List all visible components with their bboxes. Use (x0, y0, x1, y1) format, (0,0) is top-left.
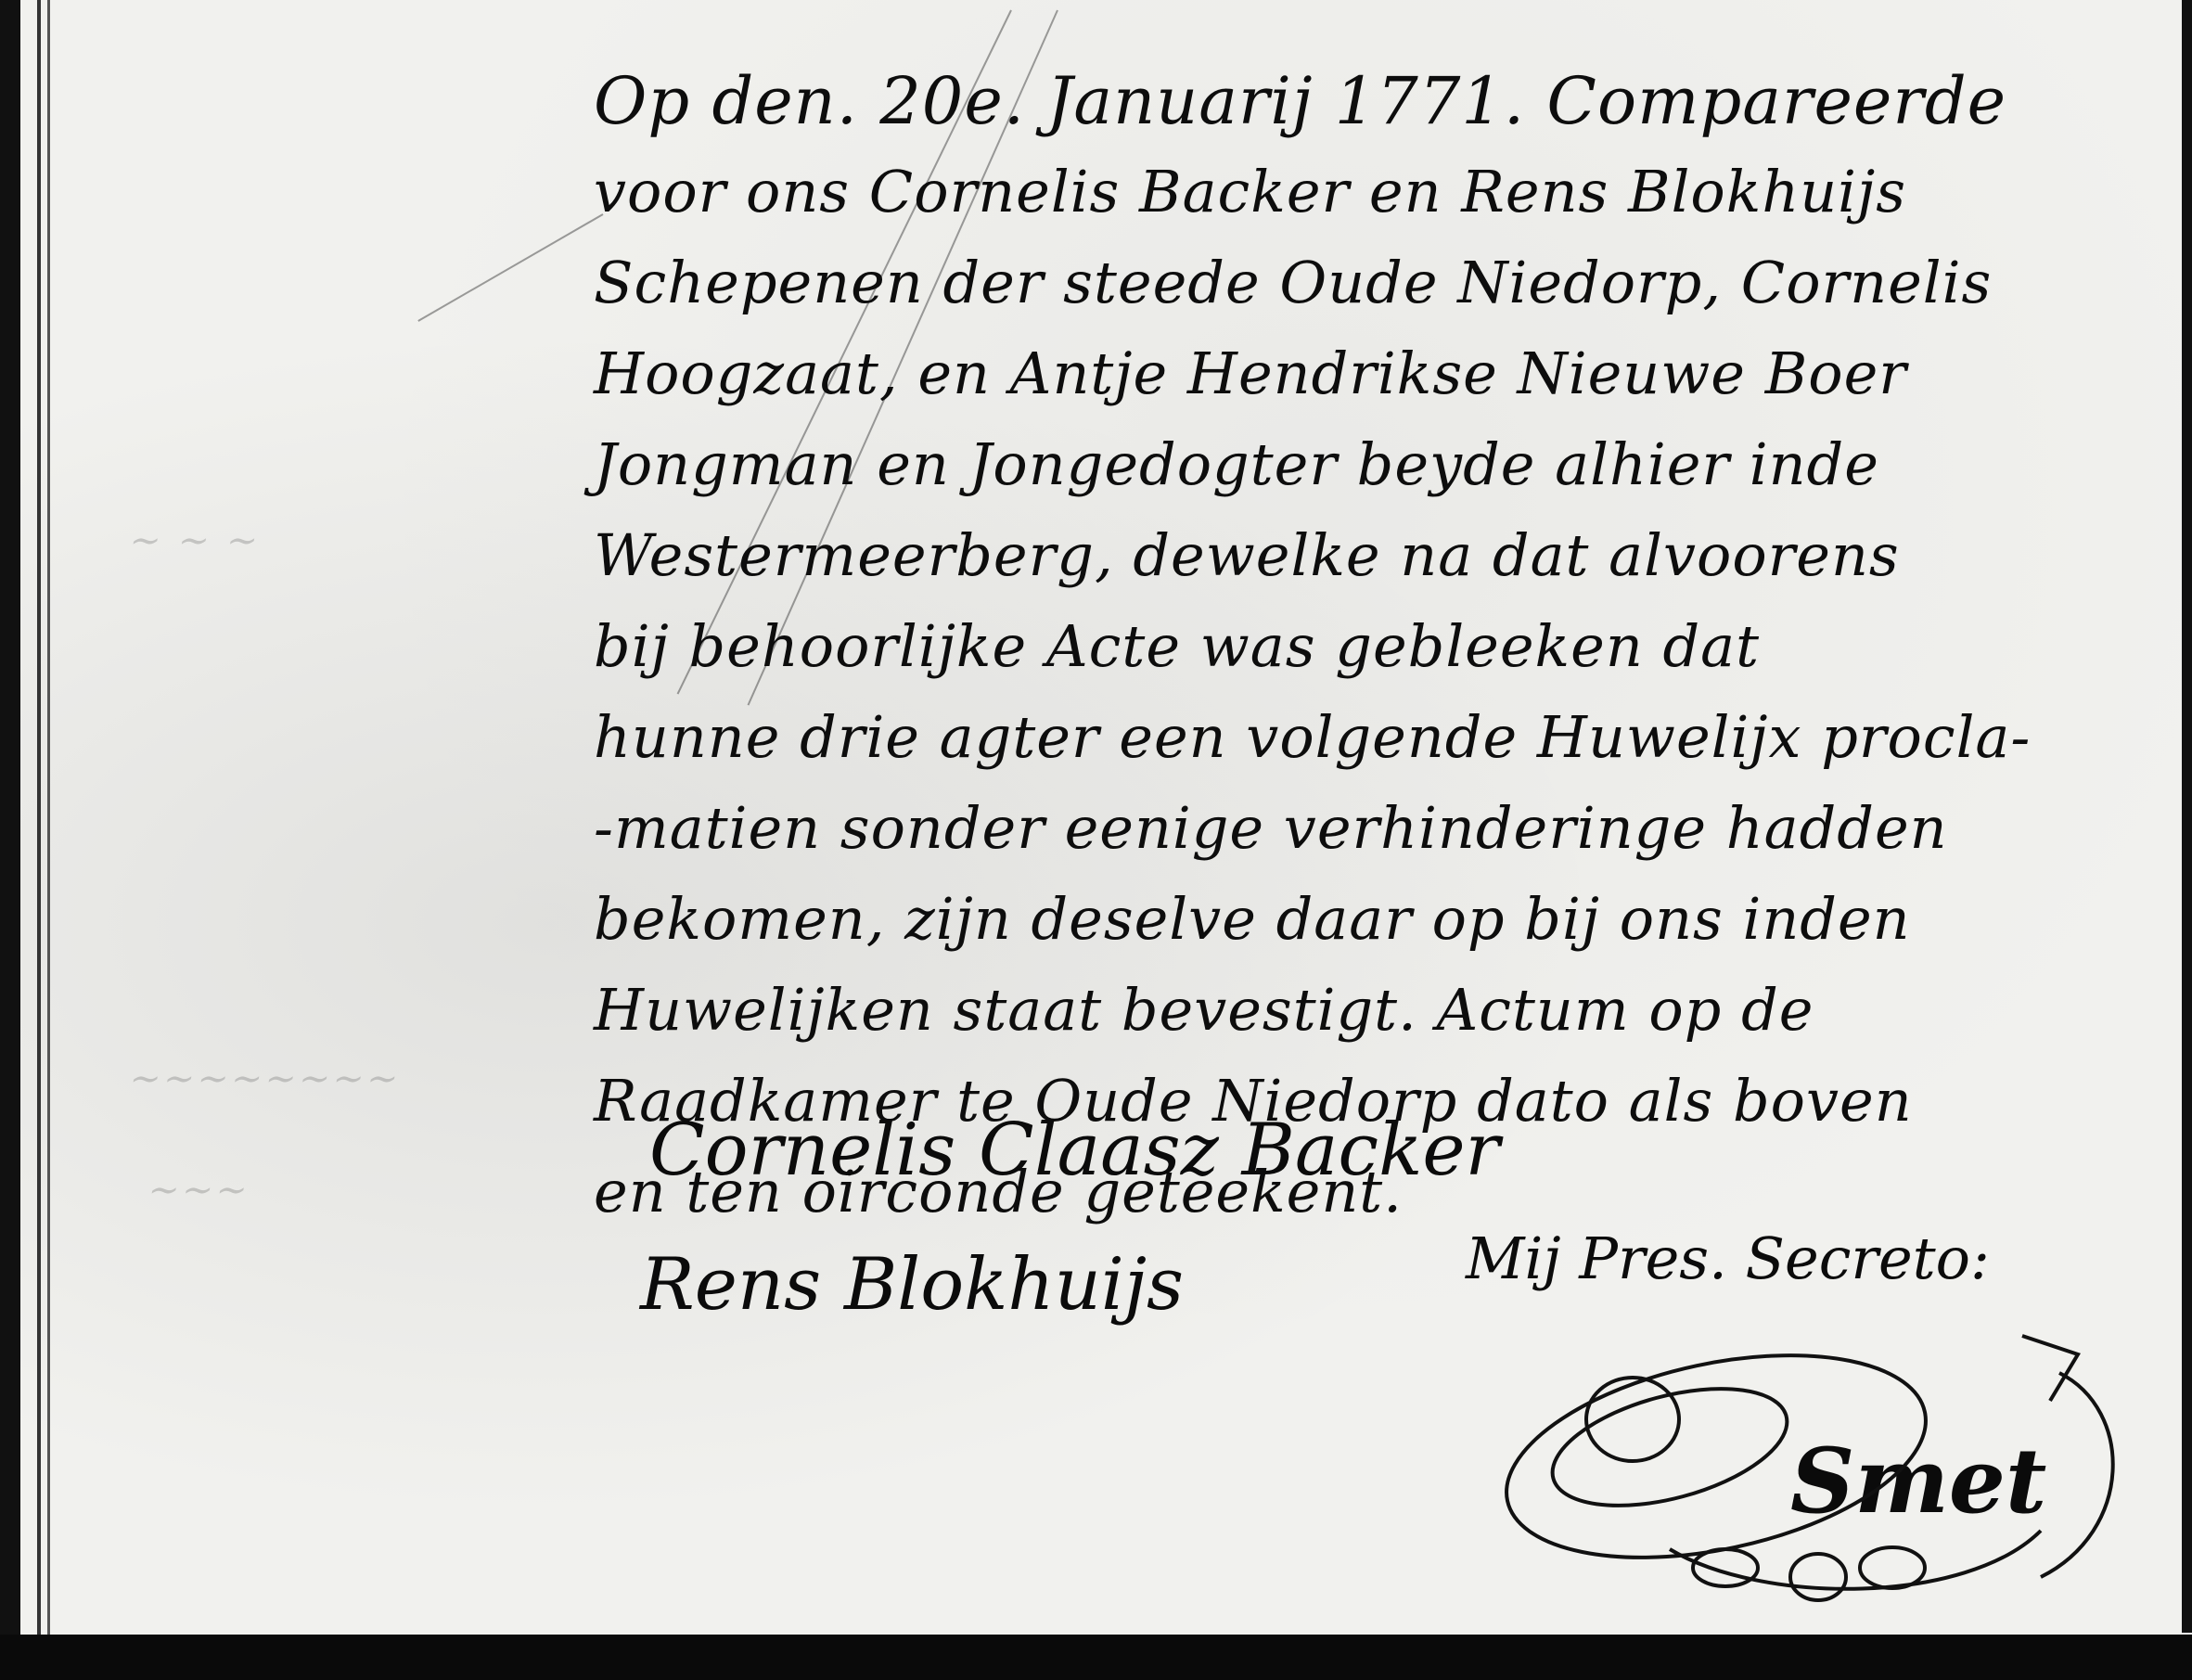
record-line: hunne drie agter een volgende Huwelijx p… (594, 692, 2161, 783)
record-body: Op den. 20e. Januarij 1771. Compareerde … (594, 56, 2161, 1238)
record-line: -matien sonder eenige verhinderinge hadd… (594, 783, 2161, 874)
record-line: Hoogzaat, en Antje Hendrikse Nieuwe Boer (594, 328, 2161, 419)
attestation-text: Mij Pres. Secreto: (1466, 1225, 1990, 1292)
record-line: Jongman en Jongedogter beyde alhier inde (594, 419, 2161, 510)
signature-blokhuijs: Rens Blokhuijs (640, 1243, 1184, 1327)
record-line: Op den. 20e. Januarij 1771. Compareerde (594, 56, 2161, 147)
bleed-through-text: ~~~~~~~~ (126, 1058, 523, 1100)
record-line: voor ons Cornelis Backer en Rens Blokhui… (594, 147, 2161, 237)
record-line: Schepenen der steede Oude Niedorp, Corne… (594, 237, 2161, 328)
scanned-document-page: ~ ~ ~ ~~~~~~~~ ~~~ Op den. 20e. Januarij… (0, 0, 2192, 1680)
signature-backer: Cornelis Claasz Backer (649, 1109, 1500, 1192)
record-line: Huwelijken staat bevestigt. Actum op de (594, 965, 2161, 1056)
page-binding-edge (0, 0, 20, 1680)
bleed-through-text: ~~~ (145, 1169, 254, 1212)
page-binding-line (37, 0, 50, 1680)
bleed-through-text: ~ ~ ~ (126, 519, 264, 562)
record-line: Westermeerberg, dewelke na dat alvoorens (594, 510, 2161, 601)
page-right-edge (2182, 0, 2192, 1633)
page-bottom-edge (0, 1635, 2192, 1680)
record-line: bij behoorlijke Acte was gebleeken dat (594, 601, 2161, 692)
record-line: bekomen, zijn deselve daar op bij ons in… (594, 874, 2161, 965)
pen-scratch-line (417, 213, 603, 322)
signature-flourish-icon (1484, 1299, 2152, 1614)
